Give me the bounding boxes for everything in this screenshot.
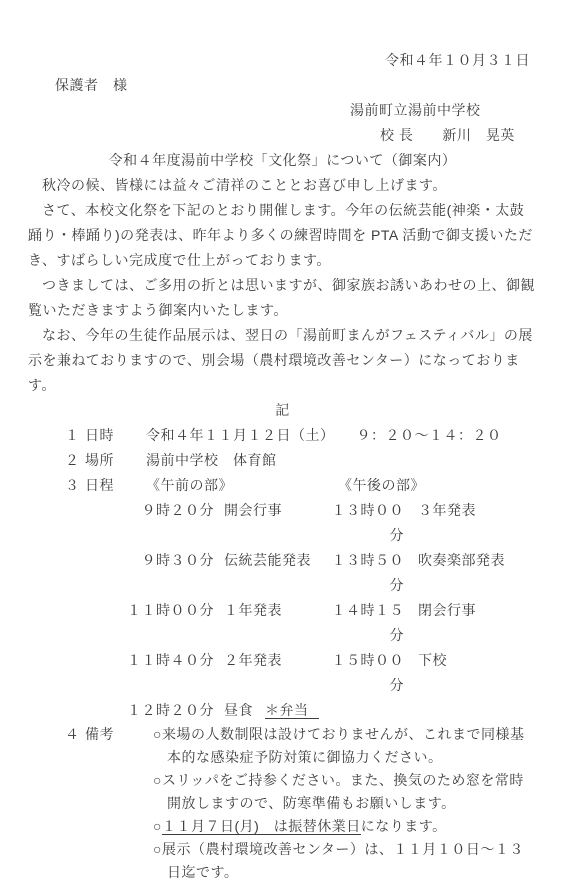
morning-event: １年発表 (224, 598, 320, 648)
item-remarks: ４ 備考 ○来場の人数制限は設けておりませんが、これまで同様基本的な感染症予防対… (28, 723, 537, 884)
circle-marker: ○ (153, 726, 162, 742)
circle-marker: ○ (153, 772, 162, 788)
schedule-row: １１時００分 １年発表 １４時１５分 閉会行事 (28, 598, 537, 648)
item-label: 備考 (85, 723, 114, 884)
schedule-row: １１時４０分 ２年発表 １５時００分 下校 (28, 648, 537, 698)
underlined-text: １１月７日(月) は振替休業日 (162, 818, 361, 835)
item-number: ３ (65, 473, 85, 498)
sender-school: 湯前町立湯前中学校 (28, 98, 537, 123)
schedule-row: ９時３０分 伝統芸能発表 １３時５０分 吹奏楽部発表 (28, 548, 537, 598)
afternoon-event: ３年発表 (418, 498, 476, 548)
remark-slippers: ○スリッパをご持参ください。また、換気のため窓を常時開放しますので、防寒準備もお… (153, 769, 537, 815)
item-value: 令和４年１１月１２日（土） ９：２０～１４：２０ (146, 423, 502, 448)
morning-event: 伝統芸能発表 (224, 548, 320, 598)
afternoon-time: １３時５０分 (320, 548, 404, 598)
item-label: 場所 (85, 448, 146, 473)
item-number: ４ (65, 723, 85, 884)
morning-header: 《午前の部》 (146, 473, 338, 498)
paragraph-announcement: さて、本校文化祭を下記のとおり開催します。今年の伝統芸能(神楽・太鼓踊り・棒踊り… (28, 198, 537, 273)
item-program: ３ 日程 《午前の部》 《午後の部》 (28, 473, 537, 498)
circle-marker: ○ (153, 818, 162, 834)
bento-note: ＊弁当 (265, 702, 319, 719)
paragraph-exhibit-note: なお、今年の生徒作品展示は、翌日の「湯前町まんがフェスティバル」の展示を兼ねてお… (28, 323, 537, 398)
remarks-heading: ４ 備考 (65, 723, 153, 884)
remark-exhibition: ○展示（農村環境改善センター）は、１１月１０日～１３日迄です。 (153, 838, 537, 884)
document-page: 令和４年１０月３１日 保護者 様 湯前町立湯前中学校 校 長 新川 晃英 令和４… (0, 0, 565, 800)
afternoon-header: 《午後の部》 (338, 473, 425, 498)
morning-time: １１時００分 (124, 598, 214, 648)
circle-marker: ○ (153, 841, 162, 857)
item-number: ２ (65, 448, 85, 473)
item-number: １ (65, 423, 85, 448)
morning-time: ９時３０分 (124, 548, 214, 598)
afternoon-event: 下校 (418, 648, 447, 698)
afternoon-time: １５時００分 (320, 648, 404, 698)
morning-event: 昼食＊弁当 (224, 698, 320, 723)
item-datetime: １ 日時 令和４年１１月１２日（土） ９：２０～１４：２０ (28, 423, 537, 448)
ki-marker: 記 (28, 398, 537, 423)
lunch-label: 昼食 (224, 702, 253, 718)
afternoon-event: 吹奏楽部発表 (418, 548, 505, 598)
remark-infection: ○来場の人数制限は設けておりませんが、これまで同様基本的な感染症予防対策に御協力… (153, 723, 537, 769)
morning-time: ９時２０分 (124, 498, 214, 548)
issue-date: 令和４年１０月３１日 (28, 48, 537, 73)
remarks-list: ○来場の人数制限は設けておりませんが、これまで同様基本的な感染症予防対策に御協力… (153, 723, 537, 884)
paragraph-greeting: 秋冷の候、皆様には益々ご清祥のこととお喜び申し上げます。 (28, 173, 537, 198)
item-label: 日程 (85, 473, 146, 498)
schedule-row-lunch: １２時２０分 昼食＊弁当 (28, 698, 537, 723)
morning-event: ２年発表 (224, 648, 320, 698)
recipient-line: 保護者 様 (28, 73, 537, 98)
paragraph-invitation: つきましては、ご多用の折とは思いますが、御家族お誘いあわせの上、御観覧いただきま… (28, 273, 537, 323)
afternoon-time: １４時１５分 (320, 598, 404, 648)
schedule-row: ９時２０分 開会行事 １３時００分 ３年発表 (28, 498, 537, 548)
morning-time: １２時２０分 (124, 698, 214, 723)
item-place: ２ 場所 湯前中学校 体育館 (28, 448, 537, 473)
morning-time: １１時４０分 (124, 648, 214, 698)
item-value: 湯前中学校 体育館 (146, 448, 277, 473)
remark-holiday: ○１１月７日(月) は振替休業日になります。 (153, 815, 537, 838)
afternoon-time: １３時００分 (320, 498, 404, 548)
sender-principal: 校 長 新川 晃英 (28, 123, 537, 148)
afternoon-event: 閉会行事 (418, 598, 476, 648)
morning-event: 開会行事 (224, 498, 320, 548)
item-label: 日時 (85, 423, 146, 448)
document-title: 令和４年度湯前中学校「文化祭」について（御案内） (28, 148, 537, 173)
